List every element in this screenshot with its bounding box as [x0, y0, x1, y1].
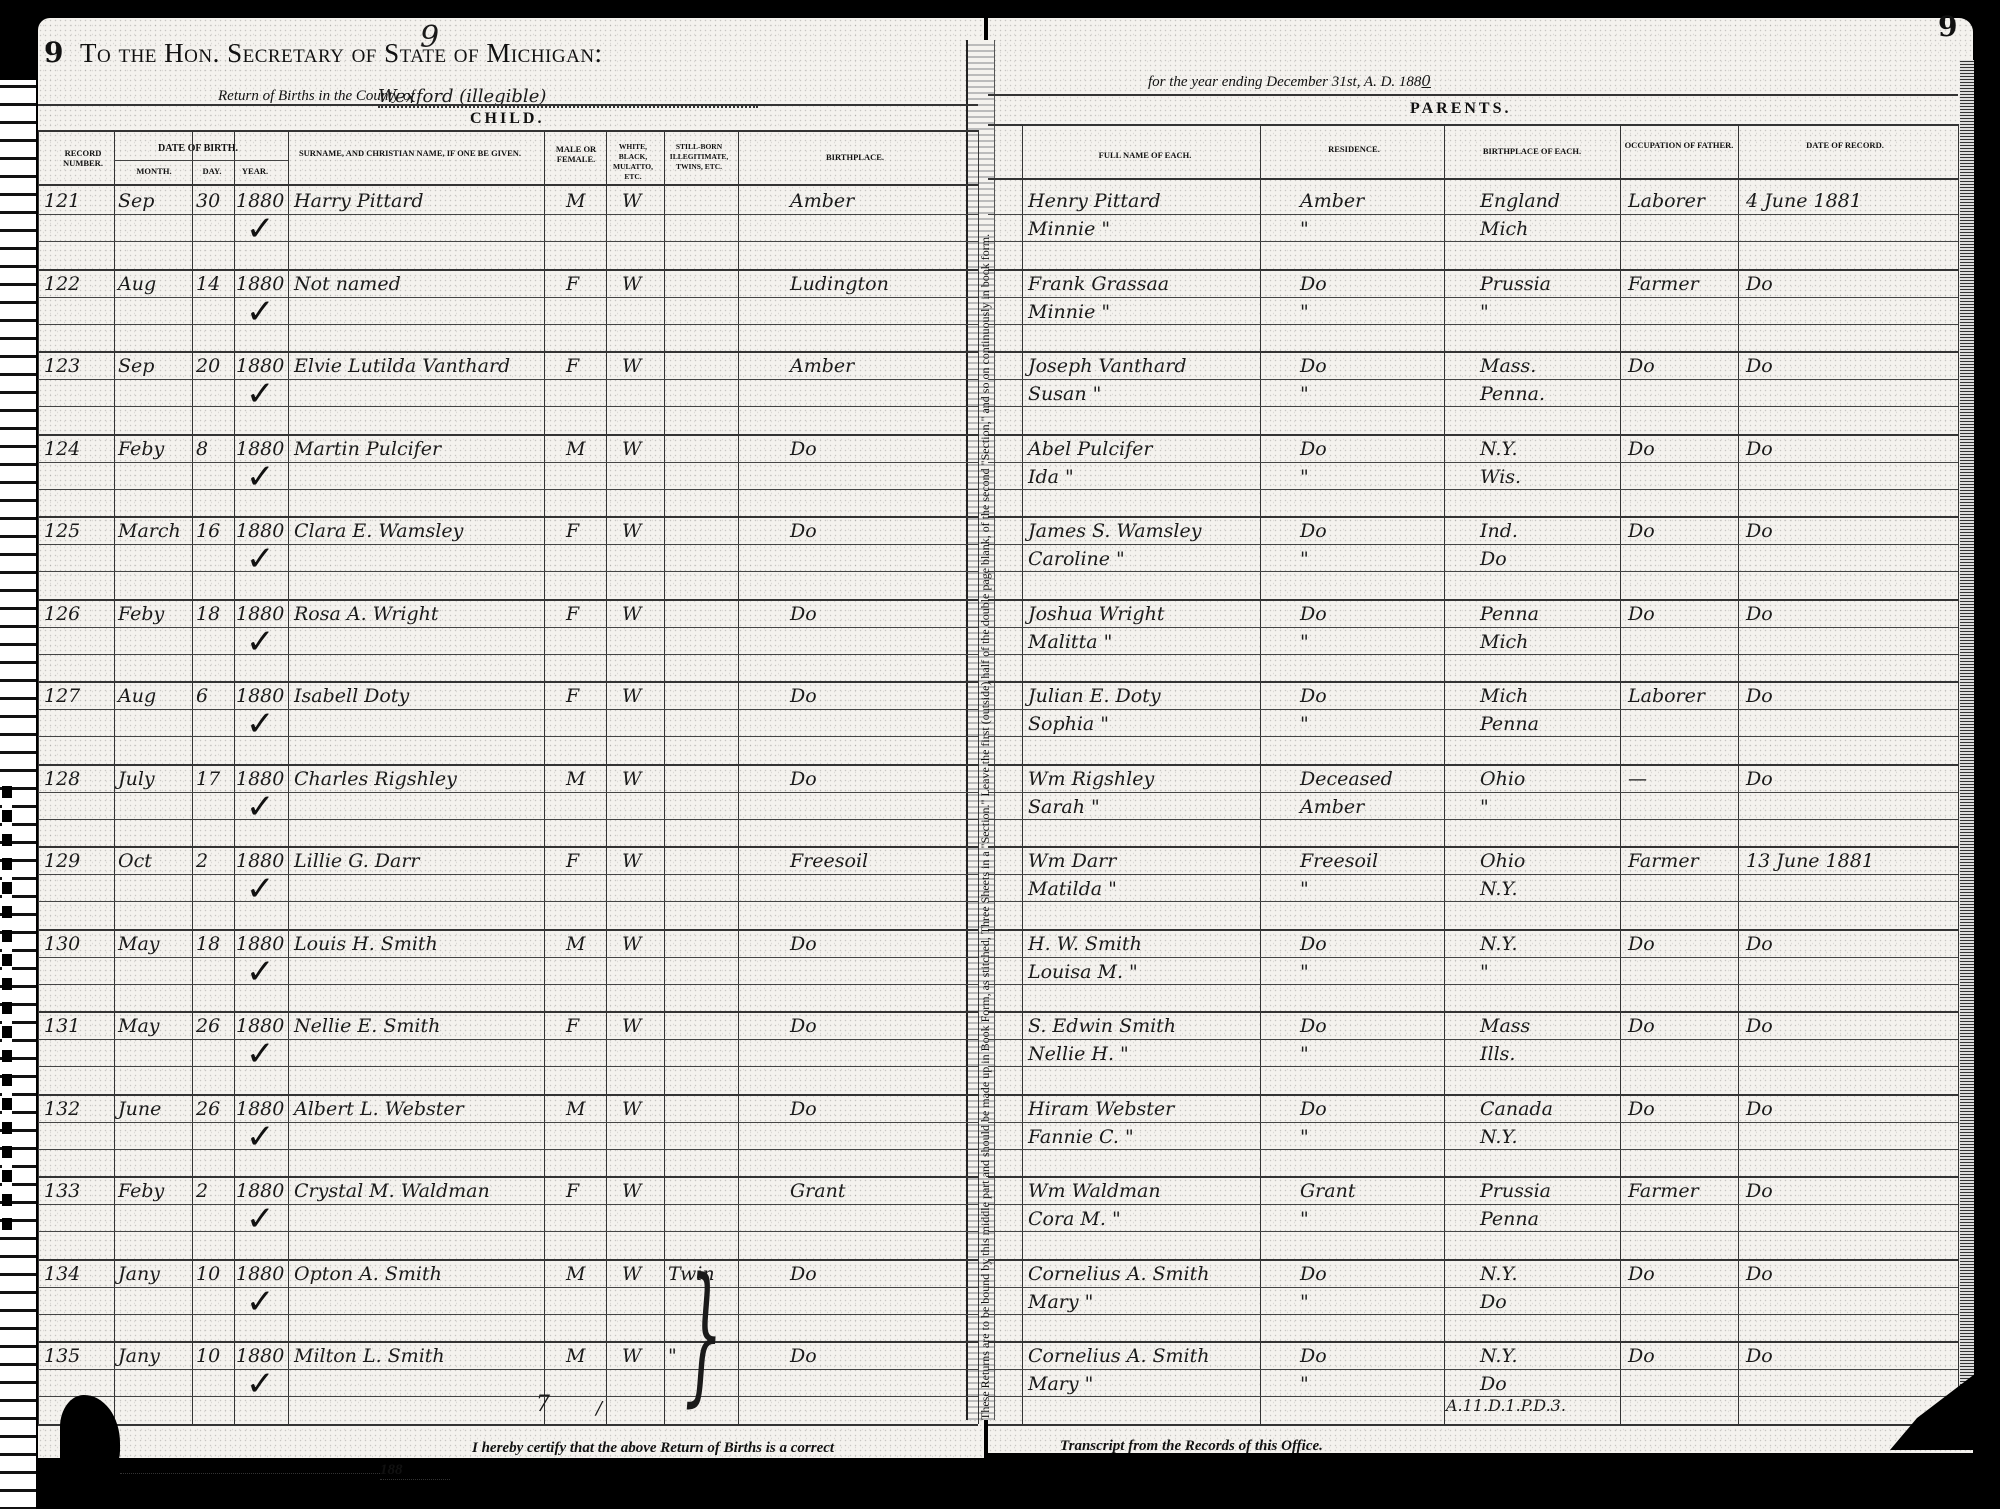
father-name: Henry Pittard [1028, 190, 1161, 212]
row-line [988, 462, 1958, 463]
child-race: W [622, 768, 642, 790]
father-birthplace: Ind. [1480, 520, 1518, 542]
father-occupation: Do [1628, 1345, 1655, 1367]
mother-name: Nellie H. " [1028, 1043, 1129, 1065]
father-residence: Freesoil [1300, 850, 1378, 872]
father-birthplace: Prussia [1480, 1180, 1551, 1202]
row-line [38, 1149, 978, 1150]
birth-month: July [118, 768, 155, 790]
checkmark-icon: ✓ [246, 625, 275, 659]
child-name: Martin Pulcifer [294, 438, 441, 460]
record-separator [988, 1341, 1958, 1343]
certify-date: 188 [380, 1462, 450, 1480]
father-birthplace: Ohio [1480, 768, 1525, 790]
mother-residence: " [1300, 466, 1309, 488]
record-separator [38, 846, 978, 848]
row-line [988, 241, 1958, 242]
child-birthplace: Amber [790, 190, 854, 212]
birth-day: 6 [196, 685, 208, 707]
row-line [38, 214, 978, 215]
row-line [38, 324, 978, 325]
child-race: W [622, 438, 642, 460]
binding-edge-left [0, 80, 36, 1509]
row-line [988, 627, 1958, 628]
column-divider [1958, 124, 1959, 1424]
birth-day: 26 [196, 1098, 220, 1120]
record-separator [988, 351, 1958, 353]
father-birthplace: Ohio [1480, 850, 1525, 872]
subheader-rule [38, 130, 978, 132]
mother-residence: " [1300, 961, 1309, 983]
column-divider [1260, 124, 1261, 1424]
record-separator [38, 764, 978, 766]
stamp-note: A.11.D.1.P.D.3. [1446, 1396, 1566, 1415]
child-race: W [622, 1263, 642, 1285]
father-occupation: — [1628, 768, 1647, 790]
row-line [38, 819, 978, 820]
date-of-record: Do [1746, 1180, 1773, 1202]
birth-day: 17 [196, 768, 220, 790]
child-birthplace: Ludington [790, 273, 889, 295]
col-record-number: Record Number. [54, 148, 112, 168]
birth-month: Feby [118, 603, 164, 625]
mother-name: Malitta " [1028, 631, 1112, 653]
mother-residence: " [1300, 713, 1309, 735]
child-name: Harry Pittard [294, 190, 424, 212]
mother-residence: Amber [1300, 796, 1364, 818]
father-residence: Do [1300, 933, 1327, 955]
father-occupation: Do [1628, 355, 1655, 377]
child-name: Louis H. Smith [294, 933, 438, 955]
father-birthplace: England [1480, 190, 1560, 212]
mother-birthplace: Do [1480, 1291, 1507, 1313]
record-separator [38, 1341, 978, 1343]
record-separator [988, 681, 1958, 683]
child-sex: M [566, 190, 585, 212]
row-line [988, 957, 1958, 958]
record-separator [38, 1259, 978, 1261]
row-line [38, 957, 978, 958]
row-line [38, 571, 978, 572]
father-occupation: Do [1628, 603, 1655, 625]
row-line [988, 654, 1958, 655]
col-parent-full-name: Full Name of Each. [1030, 150, 1260, 160]
checkmark-icon: ✓ [246, 1367, 275, 1401]
father-birthplace: N.Y. [1480, 1345, 1518, 1367]
mother-name: Minnie " [1028, 301, 1110, 323]
row-line [988, 792, 1958, 793]
record-separator [38, 351, 978, 353]
checkmark-icon: ✓ [246, 377, 275, 411]
father-name: Julian E. Doty [1028, 685, 1161, 707]
row-line [38, 984, 978, 985]
row-line [38, 1314, 978, 1315]
child-birthplace: Do [790, 520, 817, 542]
child-birthplace: Do [790, 1263, 817, 1285]
child-birthplace: Do [790, 933, 817, 955]
dob-subheader-rule [114, 160, 288, 161]
document-title: To the Hon. Secretary of State of Michig… [80, 38, 603, 69]
father-occupation: Do [1628, 1098, 1655, 1120]
col-birthplace: Birthplace. [740, 152, 970, 162]
child-name: Opton A. Smith [294, 1263, 442, 1285]
record-separator [988, 1176, 1958, 1178]
mother-name: Minnie " [1028, 218, 1110, 240]
father-name: Cornelius A. Smith [1028, 1263, 1210, 1285]
birth-day: 16 [196, 520, 220, 542]
father-occupation: Do [1628, 1015, 1655, 1037]
row-line [988, 1231, 1958, 1232]
birth-month: Oct [118, 850, 152, 872]
row-line [988, 1204, 1958, 1205]
record-separator [38, 269, 978, 271]
table-top-rule-right [988, 178, 1958, 180]
col-status: Still-born Illegitimate, Twins, Etc. [664, 142, 734, 172]
birth-month: Jany [118, 1345, 160, 1367]
date-of-record: 4 June 1881 [1746, 190, 1862, 212]
child-birthplace: Do [790, 768, 817, 790]
father-residence: Do [1300, 1263, 1327, 1285]
father-name: Joshua Wright [1028, 603, 1165, 625]
header-rule [38, 104, 978, 106]
child-birthplace: Do [790, 1098, 817, 1120]
record-number: 121 [44, 190, 80, 212]
record-number: 122 [44, 273, 80, 295]
row-line [988, 1287, 1958, 1288]
row-line [988, 736, 1958, 737]
col-month: Month. [118, 166, 190, 176]
birth-month: Sep [118, 190, 154, 212]
child-sex: F [566, 603, 579, 625]
birth-month: Aug [118, 273, 156, 295]
row-line [988, 406, 1958, 407]
child-name: Clara E. Wamsley [294, 520, 463, 542]
father-residence: Do [1300, 685, 1327, 707]
birth-day: 2 [196, 1180, 208, 1202]
row-line [38, 627, 978, 628]
birth-day: 18 [196, 933, 220, 955]
child-name: Not named [294, 273, 401, 295]
date-of-record: Do [1746, 438, 1773, 460]
date-of-record: Do [1746, 933, 1773, 955]
father-residence: Do [1300, 1098, 1327, 1120]
father-name: Wm Rigshley [1028, 768, 1154, 790]
date-of-record: Do [1746, 1263, 1773, 1285]
record-number: 128 [44, 768, 80, 790]
father-occupation: Farmer [1628, 1180, 1699, 1202]
checkmark-icon: ✓ [246, 1202, 275, 1236]
mother-residence: " [1300, 1208, 1309, 1230]
child-name: Rosa A. Wright [294, 603, 439, 625]
father-residence: Do [1300, 603, 1327, 625]
mother-birthplace: Penna [1480, 1208, 1539, 1230]
father-name: Hiram Webster [1028, 1098, 1174, 1120]
father-residence: Grant [1300, 1180, 1355, 1202]
mother-residence: " [1300, 631, 1309, 653]
birth-day: 30 [196, 190, 220, 212]
mother-name: Susan " [1028, 383, 1101, 405]
birth-day: 10 [196, 1263, 220, 1285]
row-line [38, 297, 978, 298]
birth-day: 10 [196, 1345, 220, 1367]
checkmark-icon: ✓ [246, 542, 275, 576]
table-top-rule [38, 184, 978, 186]
mother-residence: " [1300, 878, 1309, 900]
row-line [988, 214, 1958, 215]
father-name: Cornelius A. Smith [1028, 1345, 1210, 1367]
checkmark-icon: ✓ [246, 212, 275, 246]
record-separator [988, 1424, 1958, 1426]
father-name: Frank Grassaa [1028, 273, 1169, 295]
mother-name: Louisa M. " [1028, 961, 1138, 983]
mother-birthplace: N.Y. [1480, 1126, 1518, 1148]
mother-name: Sophia " [1028, 713, 1109, 735]
header-rule-right [988, 94, 1958, 96]
row-line [38, 1396, 978, 1397]
mother-birthplace: Mich [1480, 631, 1528, 653]
child-race: W [622, 520, 642, 542]
row-line [988, 1149, 1958, 1150]
col-race: White, Black, Mulatto, Etc. [606, 142, 660, 182]
record-separator [988, 846, 1958, 848]
father-occupation: Do [1628, 520, 1655, 542]
date-of-record: Do [1746, 1098, 1773, 1120]
child-birthplace: Do [790, 1015, 817, 1037]
col-sex: Male or Female. [548, 144, 604, 164]
row-line [988, 379, 1958, 380]
child-name: Milton L. Smith [294, 1345, 445, 1367]
date-of-record: Do [1746, 355, 1773, 377]
signature-line [120, 1473, 380, 1474]
row-line [988, 819, 1958, 820]
father-residence: Amber [1300, 190, 1364, 212]
row-line [988, 544, 1958, 545]
mother-name: Mary " [1028, 1373, 1093, 1395]
record-separator [38, 1176, 978, 1178]
record-separator [38, 434, 978, 436]
page-number-left: 9 [44, 36, 63, 69]
child-race: W [622, 933, 642, 955]
father-residence: Do [1300, 1345, 1327, 1367]
mother-residence: " [1300, 548, 1309, 570]
birth-month: Sep [118, 355, 154, 377]
checkmark-icon: ✓ [246, 460, 275, 494]
child-sex: F [566, 685, 579, 707]
record-number: 132 [44, 1098, 80, 1120]
birth-day: 20 [196, 355, 220, 377]
child-birthplace: Do [790, 438, 817, 460]
record-separator [988, 434, 1958, 436]
child-sex: F [566, 1015, 579, 1037]
date-of-record: Do [1746, 685, 1773, 707]
mother-birthplace: Do [1480, 548, 1507, 570]
child-birthplace: Freesoil [790, 850, 868, 872]
father-birthplace: N.Y. [1480, 933, 1518, 955]
father-occupation: Farmer [1628, 273, 1699, 295]
record-separator [38, 1424, 978, 1426]
handwritten-page-number: 9 [420, 20, 439, 55]
checkmark-icon: ✓ [246, 1120, 275, 1154]
mother-residence: " [1300, 218, 1309, 240]
record-separator [988, 929, 1958, 931]
binding-instructions: These Returns are to be bound by this mi… [978, 140, 993, 1420]
child-race: W [622, 1098, 642, 1120]
mother-birthplace: " [1480, 301, 1489, 323]
col-date-of-record: Date of Record. [1740, 140, 1950, 150]
row-line [38, 489, 978, 490]
child-race: W [622, 1015, 642, 1037]
record-separator [988, 269, 1958, 271]
child-sex: M [566, 438, 585, 460]
father-birthplace: Mass [1480, 1015, 1530, 1037]
child-race: W [622, 355, 642, 377]
mother-residence: " [1300, 301, 1309, 323]
mother-birthplace: Do [1480, 1373, 1507, 1395]
mother-birthplace: Mich [1480, 218, 1528, 240]
row-line [38, 1204, 978, 1205]
child-sex: F [566, 850, 579, 872]
child-name: Crystal M. Waldman [294, 1180, 490, 1202]
mother-residence: " [1300, 1373, 1309, 1395]
father-occupation: Laborer [1628, 685, 1705, 707]
father-occupation: Do [1628, 438, 1655, 460]
record-number: 129 [44, 850, 80, 872]
checkmark-icon: ✓ [246, 295, 275, 329]
father-residence: Deceased [1300, 768, 1393, 790]
row-line [38, 901, 978, 902]
row-line [38, 1369, 978, 1370]
father-residence: Do [1300, 438, 1327, 460]
row-line [38, 736, 978, 737]
row-line [38, 379, 978, 380]
row-line [988, 571, 1958, 572]
child-birthplace: Amber [790, 355, 854, 377]
father-name: Abel Pulcifer [1028, 438, 1152, 460]
child-sex: F [566, 273, 579, 295]
record-separator [988, 516, 1958, 518]
mother-name: Fannie C. " [1028, 1126, 1134, 1148]
row-line [988, 984, 1958, 985]
column-divider [1738, 124, 1739, 1424]
date-of-record: Do [1746, 1015, 1773, 1037]
checkmark-icon: ✓ [246, 1285, 275, 1319]
row-line [38, 1039, 978, 1040]
child-sex: M [566, 768, 585, 790]
mother-name: Caroline " [1028, 548, 1125, 570]
certify-statement: I hereby certify that the above Return o… [472, 1440, 834, 1457]
transcript-statement: Transcript from the Records of this Offi… [1060, 1438, 1323, 1455]
record-number: 123 [44, 355, 80, 377]
year-suffix: 0 [1421, 72, 1431, 90]
row-line [38, 792, 978, 793]
col-occupation: Occupation of Father. [1620, 140, 1738, 150]
birth-day: 26 [196, 1015, 220, 1037]
row-line [38, 709, 978, 710]
father-name: Wm Darr [1028, 850, 1116, 872]
mother-name: Matilda " [1028, 878, 1117, 900]
father-occupation: Do [1628, 1263, 1655, 1285]
father-occupation: Laborer [1628, 190, 1705, 212]
record-number: 135 [44, 1345, 80, 1367]
record-number: 130 [44, 933, 80, 955]
checkmark-icon: ✓ [246, 790, 275, 824]
mother-birthplace: N.Y. [1480, 878, 1518, 900]
birth-day: 8 [196, 438, 208, 460]
date-of-record: Do [1746, 768, 1773, 790]
father-residence: Do [1300, 273, 1327, 295]
checkmark-icon: ✓ [246, 707, 275, 741]
checkmark-icon: ✓ [246, 955, 275, 989]
birth-month: May [118, 933, 160, 955]
record-number: 124 [44, 438, 80, 460]
record-separator [38, 681, 978, 683]
mother-residence: " [1300, 1126, 1309, 1148]
col-year: Year. [234, 166, 276, 176]
record-separator [988, 1259, 1958, 1261]
row-line [38, 544, 978, 545]
row-line [38, 241, 978, 242]
mother-birthplace: " [1480, 796, 1489, 818]
child-name: Nellie E. Smith [294, 1015, 440, 1037]
record-number: 133 [44, 1180, 80, 1202]
checkmark-icon: ✓ [246, 1037, 275, 1071]
mother-name: Cora M. " [1028, 1208, 1121, 1230]
row-line [988, 1369, 1958, 1370]
father-birthplace: Mass. [1480, 355, 1536, 377]
record-separator [988, 764, 1958, 766]
birth-month: Feby [118, 438, 164, 460]
child-sex: F [566, 1180, 579, 1202]
row-line [38, 462, 978, 463]
child-birthplace: Grant [790, 1180, 845, 1202]
father-birthplace: Prussia [1480, 273, 1551, 295]
binding-edge-right [1960, 60, 1974, 1430]
child-sex: M [566, 933, 585, 955]
father-name: Joseph Vanthard [1028, 355, 1186, 377]
mother-residence: " [1300, 1291, 1309, 1313]
row-line [38, 874, 978, 875]
record-separator [38, 1094, 978, 1096]
row-line [988, 901, 1958, 902]
column-divider [1022, 124, 1023, 1424]
row-line [38, 654, 978, 655]
date-of-record: Do [1746, 273, 1773, 295]
father-birthplace: Mich [1480, 685, 1528, 707]
child-name: Charles Rigshley [294, 768, 457, 790]
record-separator [38, 516, 978, 518]
mother-birthplace: Ills. [1480, 1043, 1515, 1065]
row-line [988, 489, 1958, 490]
mother-name: Sarah " [1028, 796, 1100, 818]
child-sex: M [566, 1345, 585, 1367]
father-birthplace: N.Y. [1480, 438, 1518, 460]
col-surname: Surname, and Christian Name, if one be g… [290, 148, 530, 158]
father-birthplace: Canada [1480, 1098, 1553, 1120]
birth-day: 2 [196, 850, 208, 872]
row-line [38, 1287, 978, 1288]
parents-section-heading: PARENTS. [1410, 100, 1512, 118]
child-race: W [622, 273, 642, 295]
checkmark-icon: ✓ [246, 872, 275, 906]
date-of-record: 13 June 1881 [1746, 850, 1874, 872]
row-line [38, 406, 978, 407]
row-line [988, 1314, 1958, 1315]
row-line [988, 709, 1958, 710]
row-line [38, 1231, 978, 1232]
year-ending-text: for the year ending December 31st, A. D.… [1148, 74, 1421, 90]
mother-residence: " [1300, 383, 1309, 405]
record-number: 134 [44, 1263, 80, 1285]
